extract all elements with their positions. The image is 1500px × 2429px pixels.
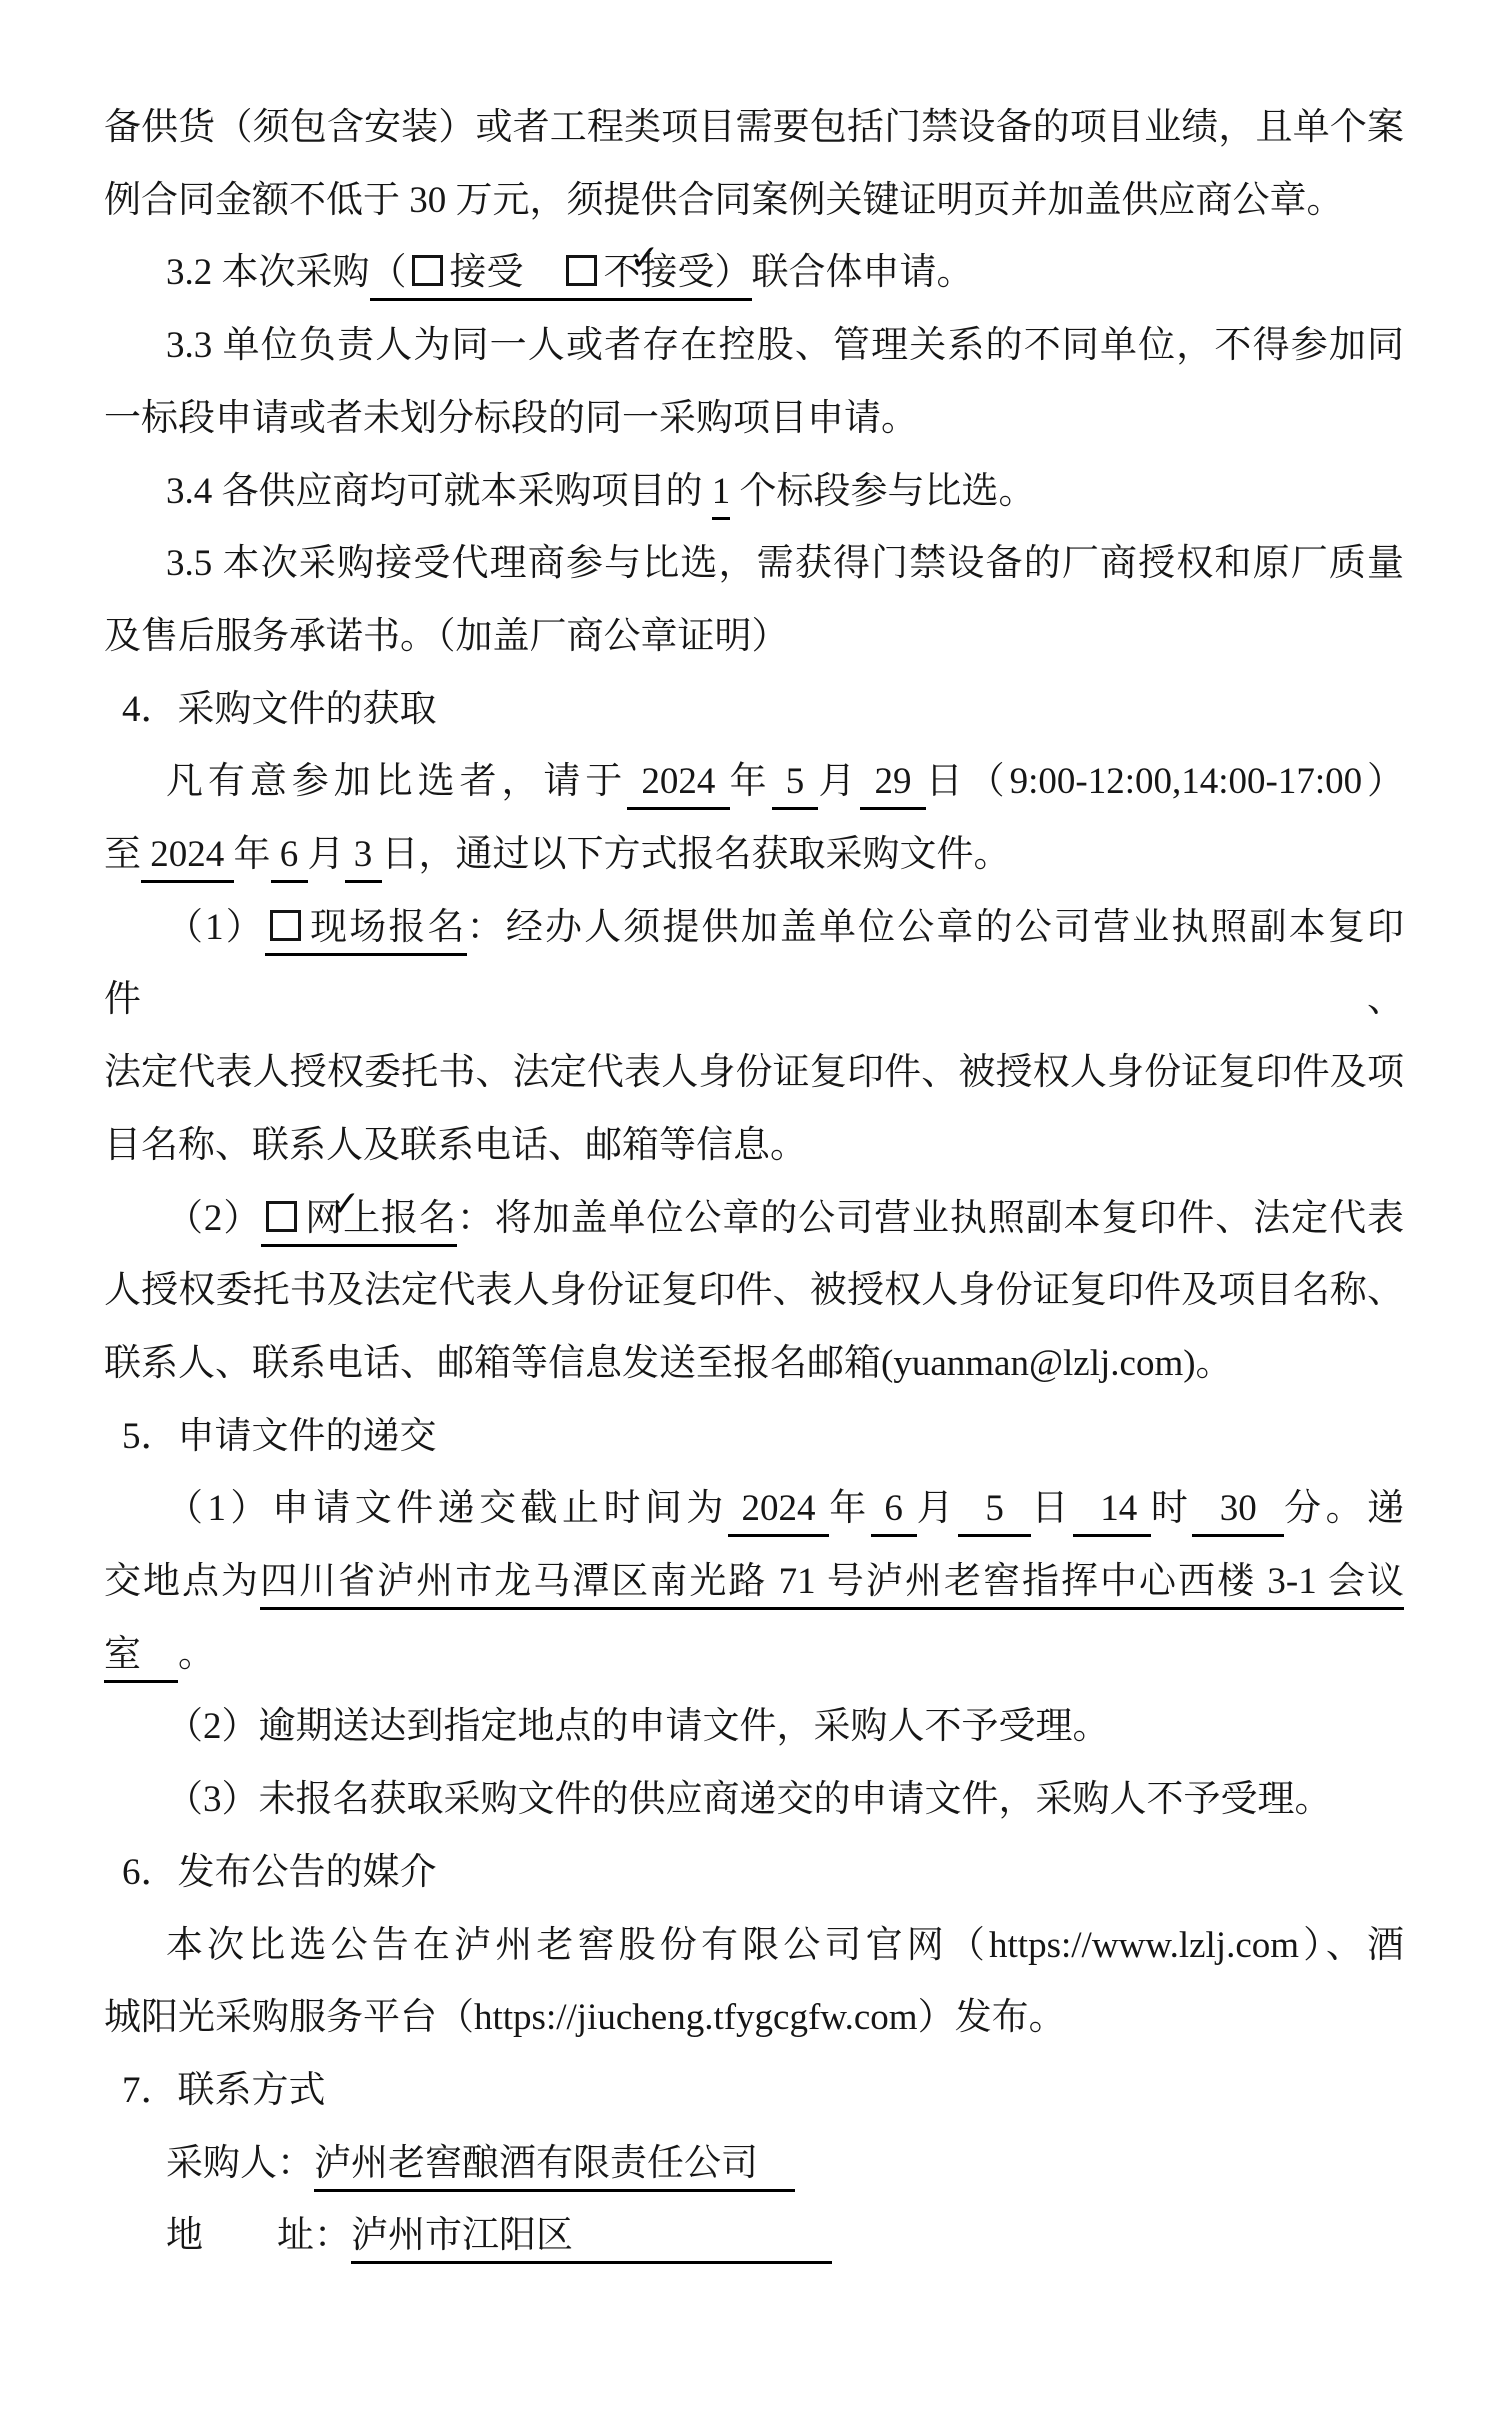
text-run: 泸州老窖酿酒有限责任公司 — [314, 2143, 795, 2184]
section-heading: 5．申请文件的递交 — [104, 1401, 1404, 1474]
doc-line: 城阳光采购服务平台（https://jiucheng.tfygcgfw.com）… — [104, 1982, 1404, 2055]
underline-run: ✓网上报名 — [261, 1198, 457, 1247]
text-run: 日 — [1031, 1488, 1072, 1529]
text-run: 月 — [308, 834, 345, 875]
text-run: 凡有意参加比选者，请于 — [166, 761, 627, 802]
underline-run: 29 — [860, 761, 925, 810]
text-run: 3.3 单位负责人为同一人或者存在控股、管理关系的不同单位，不得参加同 — [166, 325, 1404, 366]
checkbox-unchecked-icon — [270, 910, 301, 941]
text-run: 四川省泸州市龙马潭区南光路 71 号泸州老窖指挥中心西楼 3-1 会议 — [260, 1561, 1404, 1602]
section-heading: 7．联系方式 — [104, 2055, 1404, 2128]
underline-run: 泸州市江阳区 — [351, 2215, 832, 2264]
text-run: 交地点为 — [104, 1561, 260, 1602]
text-run: 5 — [958, 1488, 1031, 1529]
doc-line: 3.4 各供应商均可就本采购项目的 1 个标段参与比选。 — [104, 456, 1404, 529]
text-run: 采购人： — [166, 2143, 314, 2184]
underline-run: 30 — [1192, 1488, 1284, 1537]
underline-run: 泸州老窖酿酒有限责任公司 — [314, 2143, 795, 2192]
underline-run: 2024 — [728, 1488, 829, 1537]
section-heading: 6．发布公告的媒介 — [104, 1837, 1404, 1910]
text-run: 室 — [104, 1634, 178, 1675]
underline-run: 2024 — [627, 761, 729, 810]
text-run: 地 址： — [166, 2215, 351, 2256]
doc-line: 一标段申请或者未划分标段的同一采购项目申请。 — [104, 383, 1404, 456]
text-run: （1） — [166, 907, 265, 948]
text-run: 月 — [818, 761, 860, 802]
text-run: 5．申请文件的递交 — [122, 1416, 437, 1457]
text-run: 3.5 本次采购接受代理商参与比选，需获得门禁设备的厂商授权和原厂质量 — [166, 543, 1404, 584]
doc-line: 本次比选公告在泸州老窖股份有限公司官网（https://www.lzlj.com… — [104, 1910, 1404, 1983]
text-run: 3 — [345, 834, 382, 875]
text-run: 6 — [871, 1488, 917, 1529]
doc-line: 例合同金额不低于 30 万元，须提供合同案例关键证明页并加盖供应商公章。 — [104, 165, 1404, 238]
doc-line: 交地点为四川省泸州市龙马潭区南光路 71 号泸州老窖指挥中心西楼 3-1 会议 — [104, 1546, 1404, 1619]
text-run: 本次比选公告在泸州老窖股份有限公司官网（https://www.lzlj.com… — [166, 1925, 1404, 1966]
text-run: 30 — [1192, 1488, 1284, 1529]
document-page: 备供货（须包含安装）或者工程类项目需要包括门禁设备的项目业绩，且单个案例合同金额… — [0, 0, 1500, 2429]
doc-line: （1）现场报名：经办人须提供加盖单位公章的公司营业执照副本复印件、 — [104, 892, 1404, 1037]
text-run: 4．采购文件的获取 — [122, 689, 437, 730]
text-run: 备供货（须包含安装）或者工程类项目需要包括门禁设备的项目业绩，且单个案 — [104, 107, 1404, 148]
text-run: 日（9:00-12:00,14:00-17:00） — [926, 761, 1404, 802]
document-content: 备供货（须包含安装）或者工程类项目需要包括门禁设备的项目业绩，且单个案例合同金额… — [104, 92, 1404, 2273]
text-run: 。 — [178, 1634, 215, 1675]
text-run: 年 — [234, 834, 271, 875]
text-run: 联系人、联系电话、邮箱等信息发送至报名邮箱(yuanman@lzlj.com)。 — [104, 1343, 1233, 1384]
text-run: 7．联系方式 — [122, 2070, 326, 2111]
text-run: 3.4 各供应商均可就本采购项目的 — [166, 471, 712, 512]
underline-run: 5 — [772, 761, 819, 810]
text-run: ：将加盖单位公章的公司营业执照副本复印件、法定代表 — [457, 1198, 1404, 1239]
underline-run: 6 — [871, 1488, 917, 1537]
checkbox-unchecked-icon — [412, 255, 443, 286]
text-run: （1）申请文件递交截止时间为 — [166, 1488, 728, 1529]
text-run: 5 — [772, 761, 819, 802]
text-run: 月 — [917, 1488, 958, 1529]
underline-run: 室 — [104, 1634, 178, 1683]
text-run: 法定代表人授权委托书、法定代表人身份证复印件、被授权人身份证复印件及项 — [104, 1052, 1404, 1093]
doc-line: 地 址：泸州市江阳区 — [104, 2200, 1404, 2273]
doc-line: 凡有意参加比选者，请于 2024 年 5 月 29 日（9:00-12:00,1… — [104, 746, 1404, 819]
text-run: 6 — [271, 834, 308, 875]
text-run: 目名称、联系人及联系电话、邮箱等信息。 — [104, 1125, 807, 1166]
doc-line: 室 。 — [104, 1619, 1404, 1692]
text-run: 2024 — [141, 834, 234, 875]
text-run: 年 — [829, 1488, 870, 1529]
doc-line: （1）申请文件递交截止时间为 2024 年 6 月 5 日 14 时 30 分。… — [104, 1473, 1404, 1546]
text-run: 及售后服务承诺书。（加盖厂商公章证明） — [104, 616, 789, 657]
text-run: 分。递 — [1284, 1488, 1404, 1529]
text-run: 3.2 本次采购 — [166, 252, 370, 293]
text-run: 年 — [730, 761, 772, 802]
text-run: 1 — [712, 471, 731, 512]
check-mark-icon: ✓ — [268, 1187, 360, 1223]
underline-run: 四川省泸州市龙马潭区南光路 71 号泸州老窖指挥中心西楼 3-1 会议 — [260, 1561, 1404, 1610]
text-run: （ — [370, 252, 407, 293]
doc-line: 及售后服务承诺书。（加盖厂商公章证明） — [104, 601, 1404, 674]
text-run: 人授权委托书及法定代表人身份证复印件、被授权人身份证复印件及项目名称、 — [104, 1270, 1404, 1311]
underline-run: 6 — [271, 834, 308, 883]
text-run: （2）逾期送达到指定地点的申请文件，采购人不予受理。 — [166, 1706, 1110, 1747]
underline-run: 1 — [712, 471, 731, 520]
text-run: 城阳光采购服务平台（https://jiucheng.tfygcgfw.com）… — [104, 1997, 1066, 2038]
text-run: 日，通过以下方式报名获取采购文件。 — [382, 834, 1011, 875]
doc-line: 法定代表人授权委托书、法定代表人身份证复印件、被授权人身份证复印件及项 — [104, 1037, 1404, 1110]
text-run: 例合同金额不低于 30 万元，须提供合同案例关键证明页并加盖供应商公章。 — [104, 180, 1344, 221]
underline-run: 5 — [958, 1488, 1031, 1537]
doc-line: 目名称、联系人及联系电话、邮箱等信息。 — [104, 1110, 1404, 1183]
doc-line: 联系人、联系电话、邮箱等信息发送至报名邮箱(yuanman@lzlj.com)。 — [104, 1328, 1404, 1401]
text-run: 泸州市江阳区 — [351, 2215, 832, 2256]
check-mark-icon: ✓ — [568, 241, 660, 277]
underline-run: 14 — [1073, 1488, 1151, 1537]
text-run: 一标段申请或者未划分标段的同一采购项目申请。 — [104, 398, 918, 439]
text-run: 6．发布公告的媒介 — [122, 1852, 437, 1893]
text-run: 接受 — [450, 252, 561, 293]
checkbox-checked-icon: ✓ — [266, 1201, 297, 1232]
text-run: （2） — [166, 1198, 261, 1239]
text-run: 现场报名 — [308, 907, 467, 948]
text-run: 个标段参与比选。 — [730, 471, 1035, 512]
text-run: 至 — [104, 834, 141, 875]
text-run: 时 — [1151, 1488, 1192, 1529]
doc-line: 3.2 本次采购（接受 ✓不接受）联合体申请。 — [104, 237, 1404, 310]
underline-run: 2024 — [141, 834, 234, 883]
underline-run: 现场报名 — [265, 907, 467, 956]
doc-line: 备供货（须包含安装）或者工程类项目需要包括门禁设备的项目业绩，且单个案 — [104, 92, 1404, 165]
doc-line: 人授权委托书及法定代表人身份证复印件、被授权人身份证复印件及项目名称、 — [104, 1255, 1404, 1328]
doc-line: 采购人：泸州老窖酿酒有限责任公司 — [104, 2128, 1404, 2201]
text-run: 29 — [860, 761, 925, 802]
doc-line: （2）逾期送达到指定地点的申请文件，采购人不予受理。 — [104, 1691, 1404, 1764]
doc-line: （2）✓网上报名：将加盖单位公章的公司营业执照副本复印件、法定代表 — [104, 1183, 1404, 1256]
text-run: 14 — [1073, 1488, 1151, 1529]
doc-line: （3）未报名获取采购文件的供应商递交的申请文件，采购人不予受理。 — [104, 1764, 1404, 1837]
checkbox-checked-icon: ✓ — [566, 255, 597, 286]
text-run: 2024 — [728, 1488, 829, 1529]
underline-run: （接受 ✓不接受） — [370, 252, 752, 301]
text-run: 2024 — [627, 761, 729, 802]
text-run: 联合体申请。 — [752, 252, 974, 293]
doc-line: 3.3 单位负责人为同一人或者存在控股、管理关系的不同单位，不得参加同 — [104, 310, 1404, 383]
doc-line: 至 2024 年 6 月 3 日，通过以下方式报名获取采购文件。 — [104, 819, 1404, 892]
section-heading: 4．采购文件的获取 — [104, 674, 1404, 747]
doc-line: 3.5 本次采购接受代理商参与比选，需获得门禁设备的厂商授权和原厂质量 — [104, 528, 1404, 601]
underline-run: 3 — [345, 834, 382, 883]
text-run: （3）未报名获取采购文件的供应商递交的申请文件，采购人不予受理。 — [166, 1779, 1332, 1820]
